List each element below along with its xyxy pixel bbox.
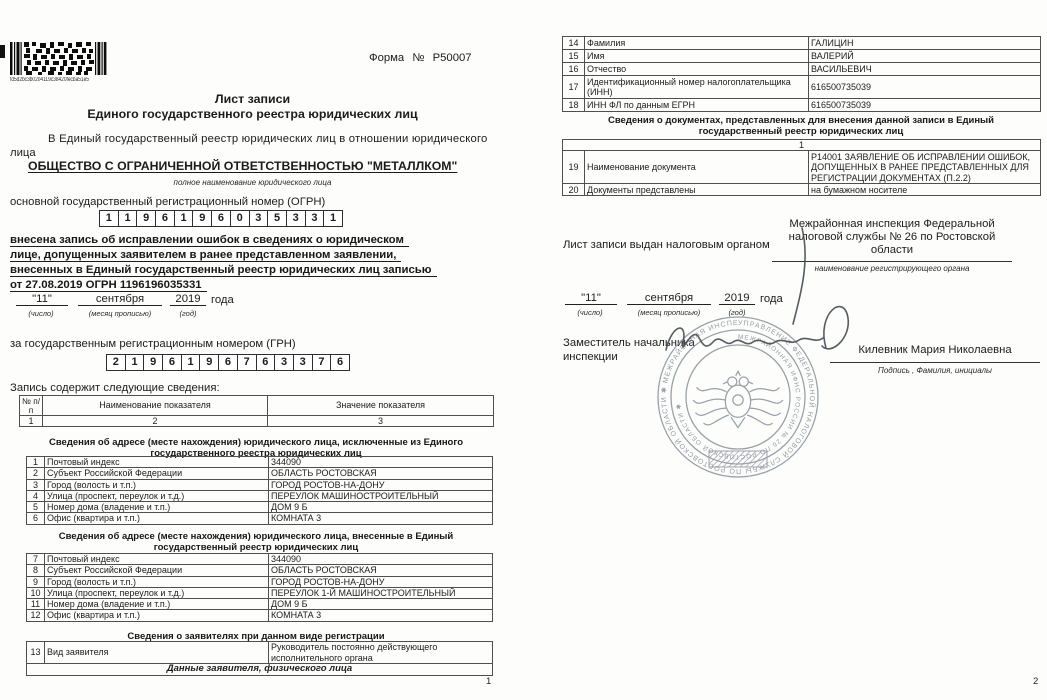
row-value: на бумажном носителе: [809, 184, 1041, 196]
egrul-record-sheet-scan: fd5d2bc3b0204119c38420fecba51e5 Форма № …: [0, 0, 1047, 700]
row-label: Улица (проспект, переулок и т.д.): [45, 587, 269, 598]
digit-box: 6: [211, 210, 231, 227]
record-contains-label: Запись содержит следующие сведения:: [10, 382, 220, 395]
digit-box: 9: [192, 210, 212, 227]
row-value: КОМНАТА 3: [269, 610, 493, 621]
row-label: Номер дома (владение и т.п.): [45, 599, 269, 610]
barcode-caption: fd5d2bc3b0204119c38420fecba51e5: [10, 77, 89, 83]
row-num: 18: [563, 99, 585, 112]
col-header-num: № п/п: [20, 396, 43, 416]
digit-box: 3: [286, 210, 306, 227]
digit-box: 6: [155, 210, 175, 227]
digit-box: 1: [174, 210, 194, 227]
row-label: Город (волость и т.п.): [45, 576, 269, 587]
ogrn-label: основной государственный регистрационный…: [10, 196, 325, 209]
digit-box: 1: [323, 210, 343, 227]
col-header-name: Наименование показателя: [43, 396, 268, 416]
row-label: Фамилия: [585, 37, 809, 50]
row-label: Улица (проспект, переулок и т.д.): [45, 490, 269, 501]
page-1: fd5d2bc3b0204119c38420fecba51e5 Форма № …: [0, 0, 547, 700]
row-num: 2: [27, 468, 45, 479]
company-name: ОБЩЕСТВО С ОГРАНИЧЕННОЙ ОТВЕТСТВЕННОСТЬЮ…: [28, 159, 457, 173]
row-num: 3: [27, 479, 45, 490]
row-value: ОБЛАСТЬ РОСТОВСКАЯ: [269, 565, 493, 576]
record-statement: внесена запись об исправлении ошибок в с…: [10, 233, 437, 293]
digit-box: 6: [330, 354, 350, 371]
date-year-caption: (год): [170, 309, 206, 318]
row-label: Офис (квартира и т.п.): [45, 610, 269, 621]
row-value: 616500735039: [809, 99, 1041, 112]
digit-box: 2: [106, 354, 126, 371]
row-label: Почтовый индекс: [45, 554, 269, 565]
row-value: 616500735039: [809, 76, 1041, 99]
row-value: ГОРОД РОСТОВ-НА-ДОНУ: [269, 479, 493, 490]
date-month-field: сентября: [78, 293, 162, 306]
date-day-caption: (число): [559, 308, 621, 317]
row-num: 6: [27, 513, 45, 524]
row-label: Город (волость и т.п.): [45, 479, 269, 490]
row-label: Почтовый индекс: [45, 457, 269, 468]
excluded-address-table: 1Почтовый индекс344090 2Субъект Российск…: [26, 456, 493, 525]
digit-box: 6: [256, 354, 276, 371]
col-header-value: Значение показателя: [268, 396, 494, 416]
grn-label: за государственным регистрационным номер…: [10, 338, 296, 351]
digit-box: 1: [99, 210, 119, 227]
row-value: Руководитель постоянно действующего испо…: [269, 642, 493, 664]
intro-text-line1: В Единый государственный реестр юридичес…: [10, 133, 488, 146]
digit-box: 7: [237, 354, 257, 371]
row-num: 12: [27, 610, 45, 621]
date-day-field: "11": [565, 292, 617, 305]
digit-box: 0: [230, 210, 250, 227]
digit-box: 1: [181, 354, 201, 371]
document-title-line1: Лист записи: [0, 92, 505, 106]
row-label: Имя: [585, 50, 809, 63]
page-1-number: 1: [486, 676, 491, 687]
row-label: Наименование документа: [585, 151, 809, 184]
row-num: 16: [563, 63, 585, 76]
row-label: Номер дома (владение и т.п.): [45, 502, 269, 513]
row-num: 20: [563, 184, 585, 196]
included-address-table: 7Почтовый индекс344090 8Субъект Российск…: [26, 553, 493, 622]
row-value: ДОМ 9 Б: [269, 599, 493, 610]
row-num: 5: [27, 502, 45, 513]
row-value: КОМНАТА 3: [269, 513, 493, 524]
stamp-number-band: [709, 451, 767, 467]
digit-box: 7: [312, 354, 332, 371]
row-num: 11: [27, 599, 45, 610]
row-label: Документы представлены: [585, 184, 809, 196]
date-day-caption: (число): [10, 309, 72, 318]
row-label: Субъект Российской Федерации: [45, 468, 269, 479]
documents-col-index: 1: [563, 140, 1041, 151]
row-label: Офис (квартира и т.п.): [45, 513, 269, 524]
record-statement-line1: внесена запись об исправлении ошибок в с…: [10, 234, 409, 247]
digit-box: 3: [305, 210, 325, 227]
row-label: Идентификационный номер налогоплательщик…: [585, 76, 809, 99]
grn-digit-boxes: 2196196763376: [107, 354, 350, 371]
digit-box: 3: [293, 354, 313, 371]
digit-box: 6: [162, 354, 182, 371]
date-year-field: 2019: [170, 293, 206, 306]
record-statement-line4: от 27.08.2019 ОГРН 1196196035331: [10, 279, 207, 292]
row-value: 344090: [269, 457, 493, 468]
digit-box: 1: [118, 210, 138, 227]
double-eagle-emblem-icon: [693, 371, 783, 427]
row-value: ГОРОД РОСТОВ-НА-ДОНУ: [269, 576, 493, 587]
row-value: Р14001 ЗАЯВЛЕНИЕ ОБ ИСПРАВЛЕНИИ ОШИБОК, …: [809, 151, 1041, 184]
applicants-table: 13 Вид заявителя Руководитель постоянно …: [26, 641, 493, 676]
official-title-line2: инспекции: [563, 351, 618, 364]
row-num: 13: [27, 642, 45, 664]
row-value: ПЕРЕУЛОК МАШИНОСТРОИТЕЛЬНЫЙ: [269, 490, 493, 501]
record-statement-line3: внесенных в Единый государственный реест…: [10, 264, 437, 277]
digit-box: 3: [249, 210, 269, 227]
row-value: ПЕРЕУЛОК 1-Й МАШИНОСТРОИТЕЛЬНЫЙ: [269, 587, 493, 598]
row-value: 344090: [269, 554, 493, 565]
document-title-line2: Единого государственного реестра юридиче…: [0, 107, 505, 121]
col-index-1: 1: [20, 416, 43, 427]
digit-box: 9: [143, 354, 163, 371]
row-value: ДОМ 9 Б: [269, 502, 493, 513]
row-value: ГАЛИЦИН: [809, 37, 1041, 50]
row-num: 9: [27, 576, 45, 587]
row-num: 4: [27, 490, 45, 501]
page-2-number: 2: [1033, 676, 1038, 687]
digit-box: 6: [218, 354, 238, 371]
company-name-caption: полное наименование юридического лица: [0, 178, 505, 187]
date-year-suffix: года: [211, 294, 234, 307]
digit-box: 5: [267, 210, 287, 227]
row-num: 14: [563, 37, 585, 50]
stamp-inner-ring-text: МЕЖРАЙОННАЯ ИФНС РОССИИ № 26 ПО РОСТОВСК…: [675, 334, 801, 460]
row-num: 17: [563, 76, 585, 99]
row-num: 15: [563, 50, 585, 63]
row-label: ИНН ФЛ по данным ЕГРН: [585, 99, 809, 112]
row-num: 7: [27, 554, 45, 565]
record-statement-line2: лице, допущенных заявителем в ранее пред…: [10, 249, 401, 262]
page-2: 14ФамилияГАЛИЦИН 15ИмяВАЛЕРИЙ 16Отчество…: [547, 0, 1047, 700]
row-num: 1: [27, 457, 45, 468]
row-label: Субъект Российской Федерации: [45, 565, 269, 576]
documents-table: 1 19 Наименование документа Р14001 ЗАЯВЛ…: [562, 139, 1041, 196]
form-number-label: Форма № Р50007: [369, 52, 472, 65]
date-month-caption: (месяц прописью): [70, 309, 170, 318]
row-label: Вид заявителя: [45, 642, 269, 664]
row-value: ВАСИЛЬЕВИЧ: [809, 63, 1041, 76]
digit-box: 3: [274, 354, 294, 371]
ogrn-digit-boxes: 1196196035331: [100, 210, 343, 227]
scan-edge-mark: [0, 45, 5, 58]
applicant-person-data-header: Данные заявителя, физического лица: [27, 664, 493, 676]
col-index-2: 2: [43, 416, 268, 427]
digit-box: 9: [199, 354, 219, 371]
col-index-3: 3: [268, 416, 494, 427]
signature-icon: [666, 228, 848, 350]
indicators-header-table: № п/п Наименование показателя Значение п…: [19, 395, 494, 427]
row-label: Отчество: [585, 63, 809, 76]
digit-box: 9: [136, 210, 156, 227]
included-address-section-title: Сведения об адресе (месте нахождения) юр…: [30, 531, 482, 553]
row-num: 19: [563, 151, 585, 184]
row-num: 8: [27, 565, 45, 576]
date-day-field: "11": [16, 293, 68, 306]
barcode-icon: [10, 42, 107, 76]
official-stamp-icon: УПРАВЛЕНИЕ ФЕДЕРАЛЬНОЙ НАЛОГОВОЙ СЛУЖБЫ …: [630, 220, 930, 505]
row-value: ОБЛАСТЬ РОСТОВСКАЯ: [269, 468, 493, 479]
documents-section-title: Сведения о документах, представленных дл…: [567, 115, 1035, 137]
row-num: 10: [27, 587, 45, 598]
digit-box: 1: [125, 354, 145, 371]
row-value: ВАЛЕРИЙ: [809, 50, 1041, 63]
applicant-person-table: 14ФамилияГАЛИЦИН 15ИмяВАЛЕРИЙ 16Отчество…: [562, 36, 1041, 112]
